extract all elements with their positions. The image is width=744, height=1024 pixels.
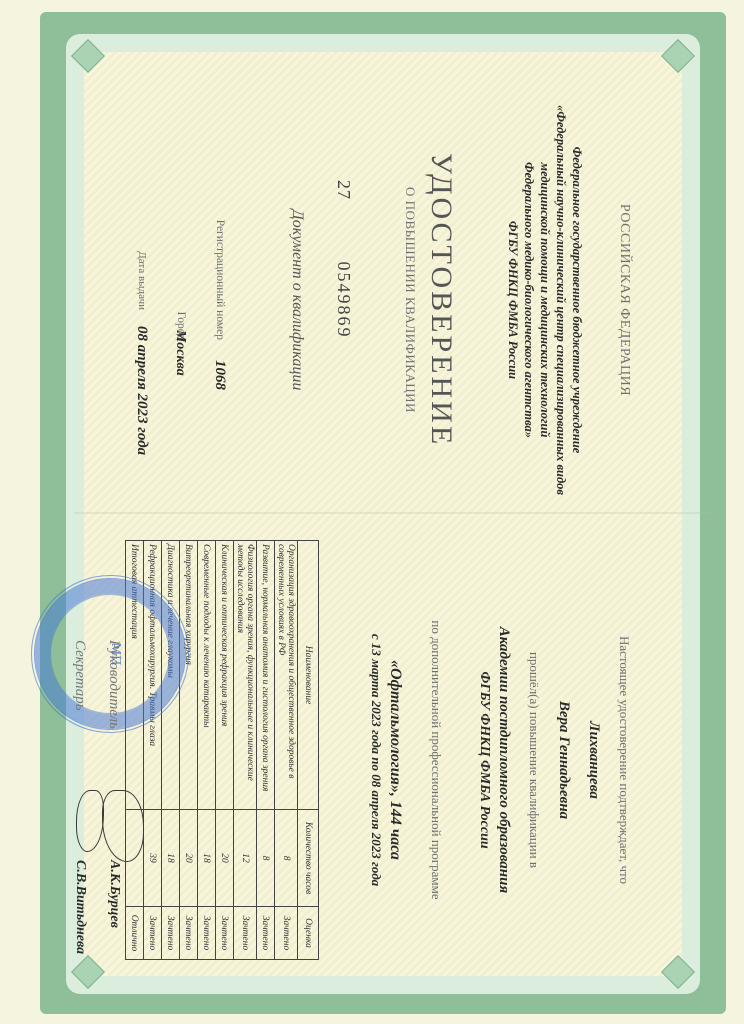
head-label: Руководитель (105, 640, 122, 770)
institution-line: Федерального медико-биологического агент… (521, 80, 536, 520)
course-hours-cell: 20 (180, 810, 198, 907)
course-hours-cell: 18 (162, 810, 180, 907)
academy-org: ФГБУ ФНКЦ ФМБА России (476, 560, 492, 960)
holder-surname: Лихванцева (585, 560, 602, 960)
table-row: Развитие, нормальная анатомия и гистолог… (257, 541, 275, 960)
certificate-series: 27 (333, 150, 354, 230)
course-grade-cell: Отлично (126, 907, 144, 960)
column-header-name: Наименование (298, 541, 319, 810)
course-grade-cell: Зачтено (198, 907, 216, 960)
column-header-hours: Количество часов (298, 810, 319, 907)
course-name-cell: Организация здравоохранения и общественн… (275, 541, 298, 810)
passed-text: прошёл(а) повышение квалификации в (526, 560, 542, 960)
course-name-cell: Физиология органа зрения, функциональные… (234, 541, 257, 810)
page-fold (74, 512, 714, 514)
course-name-cell: Современные подходы к лечению катаракты (198, 541, 216, 810)
head-name: А.К.Бурцев (106, 860, 122, 970)
city: Москва (172, 330, 188, 410)
issue-date: 08 апреля 2023 года (133, 326, 150, 506)
program-period: с 13 марта 2023 года по 08 апреля 2023 г… (368, 560, 384, 960)
table-row: Организация здравоохранения и общественн… (275, 541, 298, 960)
course-grade-cell: Зачтено (275, 907, 298, 960)
course-hours-cell: 8 (275, 810, 298, 907)
course-grade-cell: Зачтено (144, 907, 162, 960)
institution-line: «Федеральный научно-клинический центр сп… (553, 80, 568, 520)
course-grade-cell: Зачтено (162, 907, 180, 960)
course-hours-cell: 20 (216, 810, 234, 907)
table-header-row: Наименование Количество часов Оценка (298, 541, 319, 960)
reg-number: 1068 (211, 360, 228, 420)
course-hours-cell: 12 (234, 810, 257, 907)
course-grade-cell: Зачтено (234, 907, 257, 960)
institution-short-name: ФГБУ ФНКЦ ФМБА России (505, 80, 520, 520)
city-label: Город (175, 180, 187, 340)
issue-date-label: Дата выдачи (136, 180, 148, 310)
certificate-number: 0549869 (333, 230, 354, 370)
course-hours-cell: 39 (144, 810, 162, 907)
program-intro: по дополнительной профессиональной прогр… (428, 560, 444, 960)
document-type: Документ о квалификации (288, 80, 306, 520)
table-row: Современные подходы к лечению катаракты1… (198, 541, 216, 960)
certificate-subtitle: о повышении квалификации (402, 80, 418, 520)
certificate-document: РОССИЙСКАЯ ФЕДЕРАЦИЯ Федеральное государ… (0, 0, 744, 1024)
course-grade-cell: Зачтено (257, 907, 275, 960)
country-label: РОССИЙСКАЯ ФЕДЕРАЦИЯ (616, 110, 632, 490)
course-hours-cell: 18 (198, 810, 216, 907)
course-name-cell: Клиническая и оптическая рефракция зрени… (216, 541, 234, 810)
table-row: Физиология органа зрения, функциональные… (234, 541, 257, 960)
institution-line: Федеральное государственное бюджетное уч… (569, 80, 584, 520)
course-hours-cell: 8 (257, 810, 275, 907)
academy-name: Академии постдипломного образования (495, 560, 512, 960)
secretary-name: С.В.Витьднева (72, 860, 88, 980)
secretary-label: Секретарь (71, 640, 88, 770)
holder-name: Вера Геннадьевна (555, 560, 572, 960)
table-row: Клиническая и оптическая рефракция зрени… (216, 541, 234, 960)
institution-line: медицинской помощи и медицинских техноло… (537, 80, 552, 520)
course-grade-cell: Зачтено (180, 907, 198, 960)
intro-text: Настоящее удостоверение подтверждает, чт… (616, 560, 632, 960)
table-row: Витреоретинальная хирургия20Зачтено (180, 541, 198, 960)
certificate-title: УДОСТОВЕРЕНИЕ (424, 80, 458, 520)
program-name: «Офтальмология», 144 часа (386, 560, 404, 960)
reg-number-label: Регистрационный номер (214, 180, 226, 340)
column-header-grade: Оценка (298, 907, 319, 960)
course-name-cell: Развитие, нормальная анатомия и гистолог… (257, 541, 275, 810)
course-grade-cell: Зачтено (216, 907, 234, 960)
